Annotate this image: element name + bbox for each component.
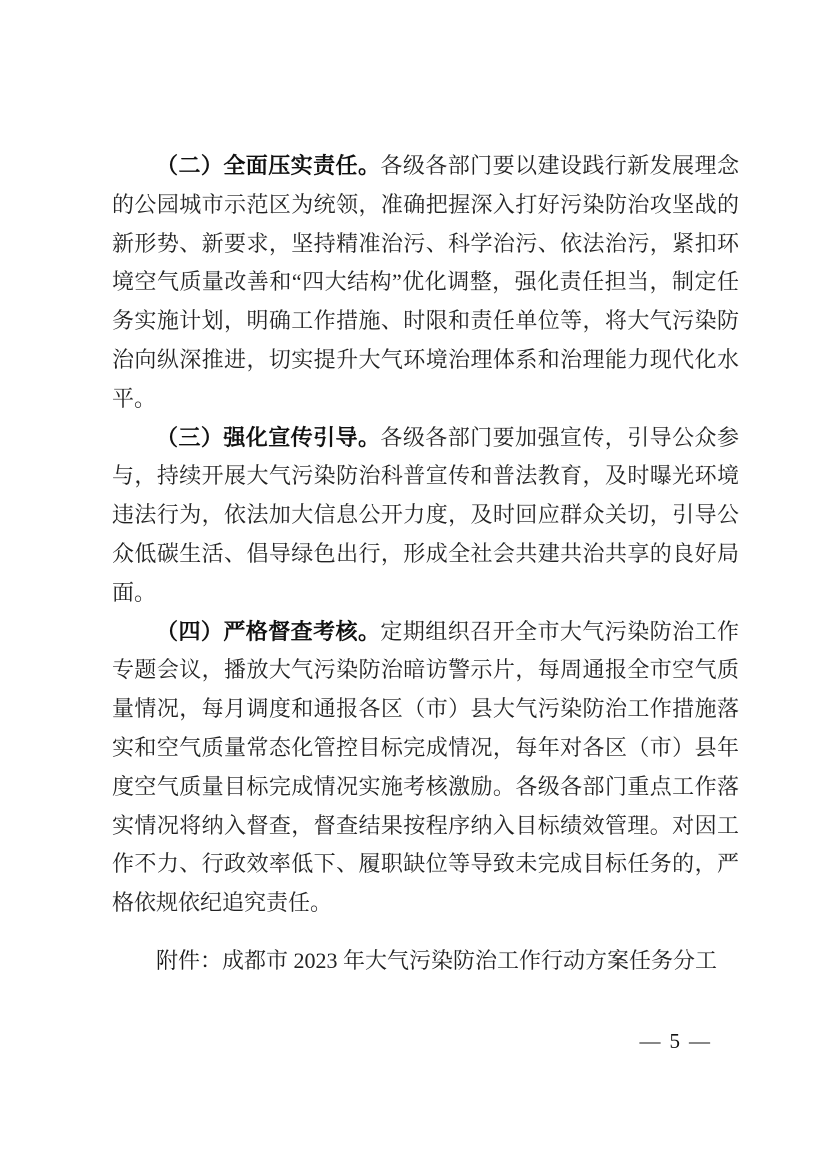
- attachment-label: 附件：: [156, 948, 222, 973]
- paragraph-3-heading: （三）强化宣传引导。: [156, 425, 380, 450]
- paragraph-2-heading: （二）全面压实责任。: [156, 153, 380, 178]
- paragraph-2: （二）全面压实责任。各级各部门要以建设践行新发展理念的公园城市示范区为统领，准确…: [112, 147, 739, 419]
- paragraph-3-text: 各级各部门要加强宣传，引导公众参与，持续开展大气污染防治科普宣传和普法教育，及时…: [112, 425, 739, 605]
- paragraph-4: （四）严格督查考核。定期组织召开全市大气污染防治工作专题会议，播放大气污染防治暗…: [112, 613, 739, 923]
- paragraph-3: （三）强化宣传引导。各级各部门要加强宣传，引导公众参与，持续开展大气污染防治科普…: [112, 419, 739, 613]
- page-number-dash-right: —: [689, 1026, 710, 1056]
- page-number: — 5 —: [640, 1026, 711, 1056]
- page-number-value: 5: [670, 1026, 681, 1056]
- paragraph-2-text: 各级各部门要以建设践行新发展理念的公园城市示范区为统领，准确把握深入打好污染防治…: [112, 153, 739, 411]
- attachment-line: 附件：成都市 2023 年大气污染防治工作行动方案任务分工: [112, 942, 739, 981]
- document-body: （二）全面压实责任。各级各部门要以建设践行新发展理念的公园城市示范区为统领，准确…: [112, 147, 739, 981]
- page-number-dash-left: —: [640, 1026, 661, 1056]
- paragraph-4-heading: （四）严格督查考核。: [156, 619, 380, 644]
- paragraph-4-text: 定期组织召开全市大气污染防治工作专题会议，播放大气污染防治暗访警示片，每周通报全…: [112, 619, 739, 916]
- attachment-text: 成都市 2023 年大气污染防治工作行动方案任务分工: [222, 948, 717, 973]
- document-page: （二）全面压实责任。各级各部门要以建设践行新发展理念的公园城市示范区为统领，准确…: [0, 0, 826, 1169]
